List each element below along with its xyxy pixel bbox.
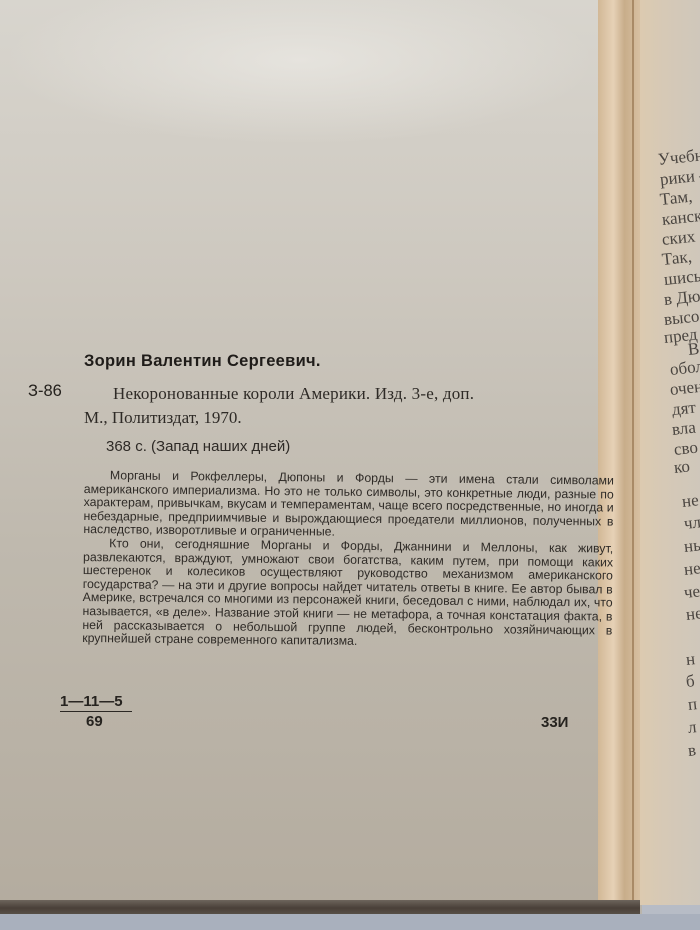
right-page-fragment: нь	[683, 535, 700, 557]
shelf-code: 33И	[541, 714, 568, 731]
catalog-card: Зорин Валентин Сергеевич. З-86 Некоронов…	[0, 0, 640, 900]
annotation: Морганы и Рокфеллеры, Дюпоны и Форды — э…	[82, 469, 614, 651]
imprint: М., Политиздат, 1970.	[84, 408, 242, 428]
right-page-fragment: рики –	[659, 165, 700, 190]
right-page-fragment: в	[687, 740, 697, 761]
right-page-fragment: дят	[671, 398, 697, 420]
right-page-fragment: очен	[669, 377, 700, 400]
right-page-fragment: ских	[661, 227, 696, 250]
right-page-fragment: че	[683, 581, 700, 603]
right-page-fragment: не	[685, 603, 700, 625]
table-surface	[0, 914, 700, 930]
right-page-fragment: б	[685, 671, 696, 692]
annotation-paragraph: Морганы и Рокфеллеры, Дюпоны и Форды — э…	[83, 469, 614, 543]
right-page-fragment: п	[687, 694, 698, 715]
author-name: Зорин Валентин Сергеевич.	[84, 352, 321, 371]
index-denominator: 69	[60, 712, 132, 730]
right-page-fragment: чл	[683, 512, 700, 534]
right-page-fragment: ко	[673, 456, 691, 478]
index-numerator: 1—11—5	[60, 693, 132, 712]
pages-series: 368 с. (Запад наших дней)	[106, 438, 290, 455]
right-page-fragment: вла	[671, 418, 697, 440]
right-page-fragment: н	[685, 649, 696, 670]
right-page-fragment: л	[687, 717, 698, 738]
book-title: Некоронованные короли Америки. Изд. 3-е,…	[113, 384, 474, 404]
annotation-paragraph: Кто они, сегодняшние Морганы и Форды, Дж…	[82, 537, 613, 651]
catalog-code: З-86	[28, 382, 62, 401]
right-page-fragment: не	[681, 490, 700, 512]
right-page-fragment: не	[683, 558, 700, 580]
right-page: Учебн рики – Там, канск ских Так, шись в…	[640, 0, 700, 905]
index-fraction: 1—11—5 69	[60, 693, 132, 730]
